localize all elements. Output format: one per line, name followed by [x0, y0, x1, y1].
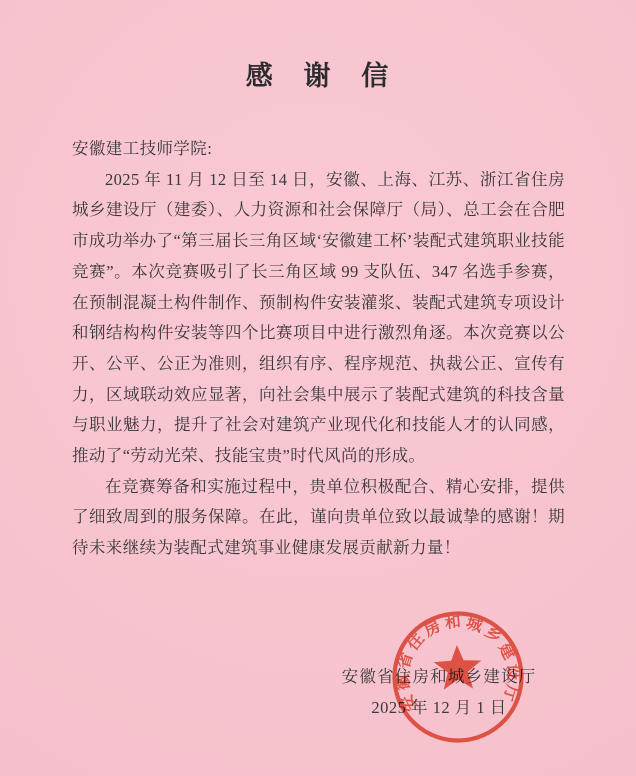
signature-date: 2025 年 12 月 1 日 — [341, 692, 537, 723]
letter-body: 安徽建工技师学院: 2025 年 11 月 12 日至 14 日，安徽、上海、江… — [72, 134, 565, 564]
paragraph-1: 2025 年 11 月 12 日至 14 日，安徽、上海、江苏、浙江省住房城乡建… — [72, 165, 565, 472]
signature-org: 安徽省住房和城乡建设厅 — [341, 661, 537, 692]
paragraph-2: 在竞赛筹备和实施过程中，贵单位积极配合、精心安排，提供了细致周到的服务保障。在此… — [72, 472, 565, 564]
thank-you-letter-page: 感 谢 信 安徽建工技师学院: 2025 年 11 月 12 日至 14 日，安… — [0, 0, 636, 776]
signature-block: 安徽省住房和城乡建设厅 2025 年 12 月 1 日 — [341, 661, 537, 723]
letter-title: 感 谢 信 — [0, 60, 636, 93]
salutation: 安徽建工技师学院: — [72, 134, 565, 165]
